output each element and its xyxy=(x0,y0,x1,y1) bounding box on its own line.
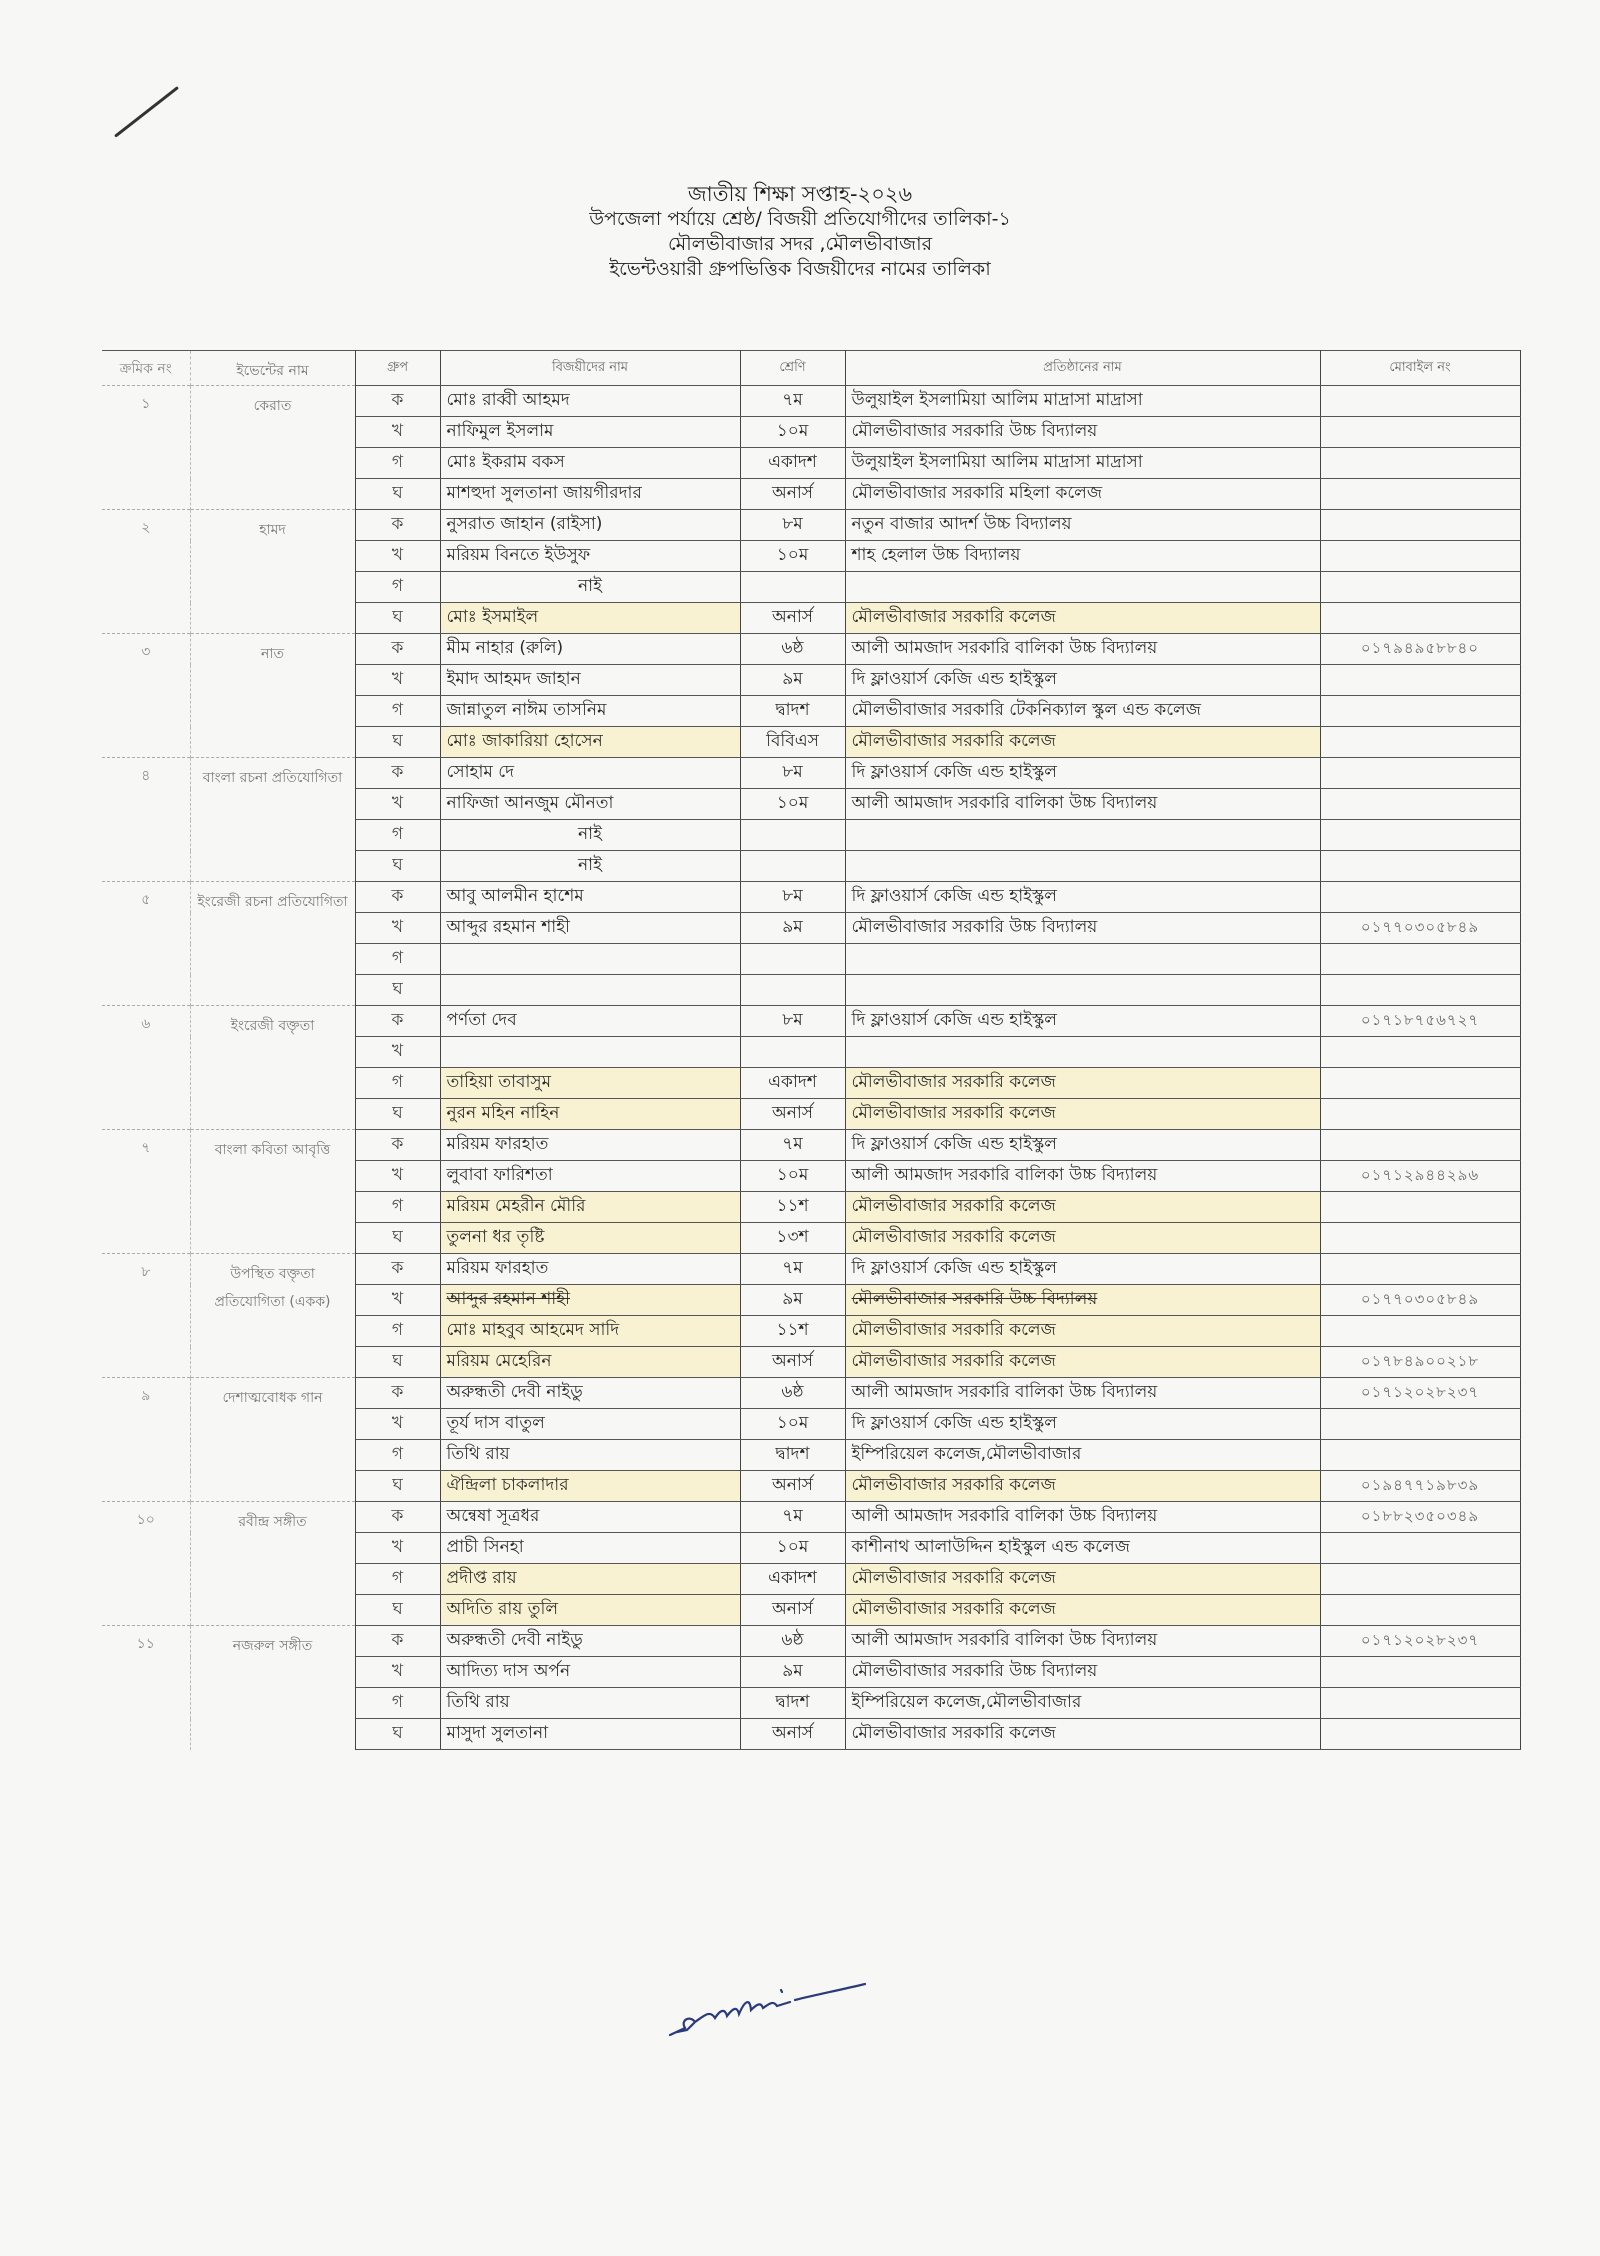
table-row: ১১নজরুল সঙ্গীতকঅরুন্ধতী দেবী নাইডু৬ষ্ঠআল… xyxy=(102,1626,1520,1657)
class-cell: একাদশ xyxy=(740,1564,845,1595)
institution-name: দি ফ্লাওয়ার্স কেজি এন্ড হাইস্কুল xyxy=(845,1130,1320,1161)
group-cell: খ xyxy=(355,789,440,820)
institution-name: মৌলভীবাজার সরকারি উচ্চ বিদ্যালয় xyxy=(845,417,1320,448)
group-cell: ঘ xyxy=(355,1471,440,1502)
class-cell: অনার্স xyxy=(740,1347,845,1378)
group-cell: গ xyxy=(355,820,440,851)
institution-name: দি ফ্লাওয়ার্স কেজি এন্ড হাইস্কুল xyxy=(845,758,1320,789)
winner-name: অদিতি রায় তুলি xyxy=(440,1595,740,1626)
table-row: ১কেরাতকমোঃ রাব্বী আহমদ৭মউলুয়াইল ইসলামিয… xyxy=(102,386,1520,417)
institution-name: মৌলভীবাজার সরকারি কলেজ xyxy=(845,603,1320,634)
table-row: ৫ইংরেজী রচনা প্রতিযোগিতাকআবু আলমীন হাশেম… xyxy=(102,882,1520,913)
winner-name: মরিয়ম ফারহাত xyxy=(440,1130,740,1161)
institution-name: আলী আমজাদ সরকারি বালিকা উচ্চ বিদ্যালয় xyxy=(845,634,1320,665)
class-cell: ৬ষ্ঠ xyxy=(740,1626,845,1657)
serial-number: ৮ xyxy=(102,1254,190,1378)
mobile-number xyxy=(1320,448,1520,479)
winners-table: ক্রমিক নং ইভেন্টের নাম গ্রুপ বিজয়ীদের ন… xyxy=(102,350,1521,1750)
class-cell: ৭ম xyxy=(740,386,845,417)
institution-name: মৌলভীবাজার সরকারি কলেজ xyxy=(845,1347,1320,1378)
institution-name: দি ফ্লাওয়ার্স কেজি এন্ড হাইস্কুল xyxy=(845,1254,1320,1285)
group-cell: খ xyxy=(355,417,440,448)
winner-name: লুবাবা ফারিশতা xyxy=(440,1161,740,1192)
institution-name: উলুয়াইল ইসলামিয়া আলিম মাদ্রাসা মাদ্রাস… xyxy=(845,386,1320,417)
institution-name: মৌলভীবাজার সরকারি কলেজ xyxy=(845,1471,1320,1502)
mobile-number xyxy=(1320,1254,1520,1285)
serial-number: ৪ xyxy=(102,758,190,882)
institution-name: আলী আমজাদ সরকারি বালিকা উচ্চ বিদ্যালয় xyxy=(845,1378,1320,1409)
serial-number: ৫ xyxy=(102,882,190,1006)
event-name: ইংরেজী বক্তৃতা xyxy=(190,1006,355,1130)
mobile-number xyxy=(1320,603,1520,634)
mobile-number xyxy=(1320,882,1520,913)
mobile-number xyxy=(1320,789,1520,820)
col-header-class: শ্রেণি xyxy=(740,351,845,386)
col-header-group: গ্রুপ xyxy=(355,351,440,386)
group-cell: গ xyxy=(355,696,440,727)
winner-name: মোঃ ইসমাইল xyxy=(440,603,740,634)
group-cell: ঘ xyxy=(355,603,440,634)
table-row: ১০রবীন্দ্র সঙ্গীতকঅন্বেষা সূত্রধর৭মআলী আ… xyxy=(102,1502,1520,1533)
table-row: ৬ইংরেজী বক্তৃতাকপর্ণতা দেব৮মদি ফ্লাওয়ার… xyxy=(102,1006,1520,1037)
institution-name: আলী আমজাদ সরকারি বালিকা উচ্চ বিদ্যালয় xyxy=(845,789,1320,820)
mobile-number xyxy=(1320,1595,1520,1626)
institution-name: মৌলভীবাজার সরকারি মহিলা কলেজ xyxy=(845,479,1320,510)
mobile-number xyxy=(1320,1316,1520,1347)
serial-number: ৩ xyxy=(102,634,190,758)
table-row: ৮উপস্থিত বক্তৃতা প্রতিযোগিতা (একক)কমরিয়… xyxy=(102,1254,1520,1285)
institution-name: দি ফ্লাওয়ার্স কেজি এন্ড হাইস্কুল xyxy=(845,665,1320,696)
institution-name xyxy=(845,975,1320,1006)
class-cell: দ্বাদশ xyxy=(740,1688,845,1719)
signature-icon xyxy=(665,1980,895,2040)
group-cell: ক xyxy=(355,1626,440,1657)
class-cell: অনার্স xyxy=(740,1595,845,1626)
winner-name: অরুন্ধতী দেবী নাইডু xyxy=(440,1626,740,1657)
group-cell: গ xyxy=(355,1068,440,1099)
mobile-number: ০১৭৭০৩০৫৮৪৯ xyxy=(1320,1285,1520,1316)
group-cell: ঘ xyxy=(355,1347,440,1378)
title-line-2: উপজেলা পর্যায়ে শ্রেষ্ঠ/ বিজয়ী প্রতিযোগ… xyxy=(0,207,1600,232)
class-cell: অনার্স xyxy=(740,479,845,510)
class-cell: ১০ম xyxy=(740,417,845,448)
table-row: ৩নাতকমীম নাহার (রুলি)৬ষ্ঠআলী আমজাদ সরকার… xyxy=(102,634,1520,665)
title-line-1: জাতীয় শিক্ষা সপ্তাহ-২০২৬ xyxy=(0,182,1600,207)
institution-name: মৌলভীবাজার সরকারি কলেজ xyxy=(845,1068,1320,1099)
winner-name: অরুন্ধতী দেবী নাইডু xyxy=(440,1378,740,1409)
group-cell: খ xyxy=(355,665,440,696)
class-cell: অনার্স xyxy=(740,603,845,634)
mobile-number xyxy=(1320,727,1520,758)
mobile-number: ০১৮৮২৩৫০৩৪৯ xyxy=(1320,1502,1520,1533)
winner-name: তিথি রায় xyxy=(440,1440,740,1471)
winner-name: মীম নাহার (রুলি) xyxy=(440,634,740,665)
institution-name: মৌলভীবাজার সরকারি কলেজ xyxy=(845,1099,1320,1130)
class-cell: ১১শ xyxy=(740,1192,845,1223)
signature xyxy=(665,1980,895,2040)
class-cell: ১০ম xyxy=(740,1409,845,1440)
mobile-number: ০১৭১২৯৪৪২৯৬ xyxy=(1320,1161,1520,1192)
mobile-number xyxy=(1320,1564,1520,1595)
title-line-3: মৌলভীবাজার সদর ,মৌলভীবাজার xyxy=(0,232,1600,257)
winner-name: ইমাদ আহমদ জাহান xyxy=(440,665,740,696)
winner-name: মোঃ মাহবুব আহমেদ সাদি xyxy=(440,1316,740,1347)
group-cell: ক xyxy=(355,1378,440,1409)
institution-name: ইম্পিরিয়েল কলেজ,মৌলভীবাজার xyxy=(845,1688,1320,1719)
document-header: জাতীয় শিক্ষা সপ্তাহ-২০২৬ উপজেলা পর্যায়… xyxy=(0,182,1600,282)
event-name: ইংরেজী রচনা প্রতিযোগিতা xyxy=(190,882,355,1006)
winner-name: আব্দুর রহমান শাহী xyxy=(440,1285,740,1316)
mobile-number xyxy=(1320,1223,1520,1254)
class-cell: ৬ষ্ঠ xyxy=(740,634,845,665)
group-cell: গ xyxy=(355,1440,440,1471)
institution-name: মৌলভীবাজার সরকারি কলেজ xyxy=(845,1192,1320,1223)
serial-number: ১১ xyxy=(102,1626,190,1750)
group-cell: গ xyxy=(355,572,440,603)
class-cell: অনার্স xyxy=(740,1471,845,1502)
group-cell: ক xyxy=(355,634,440,665)
pen-mark xyxy=(114,86,179,138)
table-row: ২হামদকনুসরাত জাহান (রাইসা)৮মনতুন বাজার আ… xyxy=(102,510,1520,541)
mobile-number xyxy=(1320,944,1520,975)
class-cell: ১১শ xyxy=(740,1316,845,1347)
institution-name: দি ফ্লাওয়ার্স কেজি এন্ড হাইস্কুল xyxy=(845,1006,1320,1037)
institution-name: আলী আমজাদ সরকারি বালিকা উচ্চ বিদ্যালয় xyxy=(845,1626,1320,1657)
group-cell: খ xyxy=(355,1285,440,1316)
institution-name: উলুয়াইল ইসলামিয়া আলিম মাদ্রাসা মাদ্রাস… xyxy=(845,448,1320,479)
institution-name xyxy=(845,851,1320,882)
group-cell: ক xyxy=(355,510,440,541)
group-cell: ঘ xyxy=(355,1719,440,1750)
mobile-number xyxy=(1320,1099,1520,1130)
winner-name: অন্বেষা সূত্রধর xyxy=(440,1502,740,1533)
winner-name: আবু আলমীন হাশেম xyxy=(440,882,740,913)
winner-name: নাই xyxy=(440,572,740,603)
class-cell xyxy=(740,975,845,1006)
winner-name: নাফিমুল ইসলাম xyxy=(440,417,740,448)
col-header-mobile: মোবাইল নং xyxy=(1320,351,1520,386)
institution-name: দি ফ্লাওয়ার্স কেজি এন্ড হাইস্কুল xyxy=(845,1409,1320,1440)
winner-name: আব্দুর রহমান শাহী xyxy=(440,913,740,944)
col-header-institution: প্রতিষ্ঠানের নাম xyxy=(845,351,1320,386)
institution-name: মৌলভীবাজার সরকারি টেকনিক্যাল স্কুল এন্ড … xyxy=(845,696,1320,727)
winner-name: প্রাচী সিনহা xyxy=(440,1533,740,1564)
class-cell xyxy=(740,572,845,603)
mobile-number xyxy=(1320,541,1520,572)
class-cell: ১৩শ xyxy=(740,1223,845,1254)
group-cell: ঘ xyxy=(355,975,440,1006)
mobile-number xyxy=(1320,1037,1520,1068)
group-cell: খ xyxy=(355,1037,440,1068)
group-cell: ক xyxy=(355,1006,440,1037)
group-cell: গ xyxy=(355,1316,440,1347)
winner-name: মরিয়ম মেহেরিন xyxy=(440,1347,740,1378)
mobile-number xyxy=(1320,665,1520,696)
mobile-number xyxy=(1320,1533,1520,1564)
mobile-number xyxy=(1320,1719,1520,1750)
class-cell: ৭ম xyxy=(740,1254,845,1285)
serial-number: ২ xyxy=(102,510,190,634)
event-name: কেরাত xyxy=(190,386,355,510)
group-cell: ক xyxy=(355,1254,440,1285)
class-cell: অনার্স xyxy=(740,1719,845,1750)
group-cell: খ xyxy=(355,913,440,944)
institution-name: ইম্পিরিয়েল কলেজ,মৌলভীবাজার xyxy=(845,1440,1320,1471)
winner-name: পর্ণতা দেব xyxy=(440,1006,740,1037)
event-name: নাত xyxy=(190,634,355,758)
mobile-number xyxy=(1320,820,1520,851)
institution-name: মৌলভীবাজার সরকারি কলেজ xyxy=(845,1595,1320,1626)
serial-number: ১০ xyxy=(102,1502,190,1626)
group-cell: ঘ xyxy=(355,479,440,510)
winner-name: সোহাম দে xyxy=(440,758,740,789)
group-cell: ক xyxy=(355,1130,440,1161)
winner-name: আদিত্য দাস অর্পন xyxy=(440,1657,740,1688)
mobile-number xyxy=(1320,975,1520,1006)
class-cell: ৮ম xyxy=(740,1006,845,1037)
mobile-number xyxy=(1320,386,1520,417)
institution-name: দি ফ্লাওয়ার্স কেজি এন্ড হাইস্কুল xyxy=(845,882,1320,913)
group-cell: খ xyxy=(355,1409,440,1440)
group-cell: ঘ xyxy=(355,727,440,758)
winner-name xyxy=(440,944,740,975)
group-cell: গ xyxy=(355,944,440,975)
mobile-number xyxy=(1320,696,1520,727)
winner-name: ঐন্দ্রিলা চাকলাদার xyxy=(440,1471,740,1502)
winner-name: প্রদীপ্ত রায় xyxy=(440,1564,740,1595)
class-cell xyxy=(740,944,845,975)
table-row: ৭বাংলা কবিতা আবৃত্তিকমরিয়ম ফারহাত৭মদি ফ… xyxy=(102,1130,1520,1161)
winner-name: মাশহুদা সুলতানা জায়গীরদার xyxy=(440,479,740,510)
class-cell xyxy=(740,851,845,882)
group-cell: খ xyxy=(355,541,440,572)
class-cell: বিবিএস xyxy=(740,727,845,758)
serial-number: ১ xyxy=(102,386,190,510)
mobile-number: ০১৯৪৭৭১৯৮৩৯ xyxy=(1320,1471,1520,1502)
class-cell: ৭ম xyxy=(740,1502,845,1533)
winner-name: মরিয়ম মেহরীন মৌরি xyxy=(440,1192,740,1223)
institution-name: মৌলভীবাজার সরকারি উচ্চ বিদ্যালয় xyxy=(845,1285,1320,1316)
mobile-number xyxy=(1320,1068,1520,1099)
winner-name: মরিয়ম ফারহাত xyxy=(440,1254,740,1285)
group-cell: ঘ xyxy=(355,851,440,882)
group-cell: খ xyxy=(355,1657,440,1688)
mobile-number xyxy=(1320,758,1520,789)
institution-name: কাশীনাথ আলাউদ্দিন হাইস্কুল এন্ড কলেজ xyxy=(845,1533,1320,1564)
table-row: ৯দেশাত্মবোধক গানকঅরুন্ধতী দেবী নাইডু৬ষ্ঠ… xyxy=(102,1378,1520,1409)
winner-name: জান্নাতুল নাঈম তাসনিম xyxy=(440,696,740,727)
group-cell: গ xyxy=(355,448,440,479)
winner-name: নুসরাত জাহান (রাইসা) xyxy=(440,510,740,541)
class-cell: ১০ম xyxy=(740,1161,845,1192)
institution-name: শাহ হেলাল উচ্চ বিদ্যালয় xyxy=(845,541,1320,572)
group-cell: ক xyxy=(355,1502,440,1533)
group-cell: ক xyxy=(355,882,440,913)
group-cell: ক xyxy=(355,386,440,417)
winner-name: নাই xyxy=(440,851,740,882)
class-cell: ৭ম xyxy=(740,1130,845,1161)
class-cell: ৮ম xyxy=(740,510,845,541)
mobile-number: ০১৭১২০২৮২৩৭ xyxy=(1320,1626,1520,1657)
mobile-number xyxy=(1320,1192,1520,1223)
class-cell: দ্বাদশ xyxy=(740,696,845,727)
mobile-number xyxy=(1320,1688,1520,1719)
mobile-number xyxy=(1320,851,1520,882)
table-body: ১কেরাতকমোঃ রাব্বী আহমদ৭মউলুয়াইল ইসলামিয… xyxy=(102,386,1520,1750)
winner-name: মোঃ ইকরাম বকস xyxy=(440,448,740,479)
winner-name: মোঃ রাব্বী আহমদ xyxy=(440,386,740,417)
class-cell: ১০ম xyxy=(740,541,845,572)
institution-name xyxy=(845,572,1320,603)
mobile-number xyxy=(1320,479,1520,510)
winner-name: মাসুদা সুলতানা xyxy=(440,1719,740,1750)
mobile-number xyxy=(1320,510,1520,541)
group-cell: ক xyxy=(355,758,440,789)
mobile-number: ০১৭৮৪৯০০২১৮ xyxy=(1320,1347,1520,1378)
class-cell: ৮ম xyxy=(740,758,845,789)
institution-name xyxy=(845,944,1320,975)
event-name: বাংলা কবিতা আবৃত্তি xyxy=(190,1130,355,1254)
class-cell: একাদশ xyxy=(740,1068,845,1099)
event-name: দেশাত্মবোধক গান xyxy=(190,1378,355,1502)
event-name: নজরুল সঙ্গীত xyxy=(190,1626,355,1750)
winner-name: তিথি রায় xyxy=(440,1688,740,1719)
institution-name: আলী আমজাদ সরকারি বালিকা উচ্চ বিদ্যালয় xyxy=(845,1161,1320,1192)
group-cell: ঘ xyxy=(355,1223,440,1254)
institution-name: মৌলভীবাজার সরকারি কলেজ xyxy=(845,727,1320,758)
winner-name: নাফিজা আনজুম মৌনতা xyxy=(440,789,740,820)
mobile-number: ০১৭১৮৭৫৬৭২৭ xyxy=(1320,1006,1520,1037)
class-cell: ৯ম xyxy=(740,1657,845,1688)
group-cell: গ xyxy=(355,1192,440,1223)
winner-name: নুরন মহিন নাহিন xyxy=(440,1099,740,1130)
winner-name xyxy=(440,975,740,1006)
group-cell: গ xyxy=(355,1688,440,1719)
institution-name xyxy=(845,820,1320,851)
mobile-number xyxy=(1320,1409,1520,1440)
group-cell: ঘ xyxy=(355,1595,440,1626)
event-name: হামদ xyxy=(190,510,355,634)
class-cell: একাদশ xyxy=(740,448,845,479)
group-cell: খ xyxy=(355,1533,440,1564)
institution-name: মৌলভীবাজার সরকারি কলেজ xyxy=(845,1316,1320,1347)
mobile-number: ০১৭৭০৩০৫৮৪৯ xyxy=(1320,913,1520,944)
mobile-number xyxy=(1320,1657,1520,1688)
class-cell: ৯ম xyxy=(740,913,845,944)
class-cell: ৯ম xyxy=(740,665,845,696)
class-cell: অনার্স xyxy=(740,1099,845,1130)
title-line-4: ইভেন্টওয়ারী গ্রুপভিত্তিক বিজয়ীদের নামে… xyxy=(0,257,1600,282)
winner-name: তুলনা ধর তৃষ্টি xyxy=(440,1223,740,1254)
mobile-number: ০১৭১২০২৮২৩৭ xyxy=(1320,1378,1520,1409)
class-cell: দ্বাদশ xyxy=(740,1440,845,1471)
event-name: উপস্থিত বক্তৃতা প্রতিযোগিতা (একক) xyxy=(190,1254,355,1378)
institution-name: মৌলভীবাজার সরকারি কলেজ xyxy=(845,1223,1320,1254)
winner-name: মোঃ জাকারিয়া হোসেন xyxy=(440,727,740,758)
institution-name: মৌলভীবাজার সরকারি কলেজ xyxy=(845,1564,1320,1595)
institution-name: মৌলভীবাজার সরকারি উচ্চ বিদ্যালয় xyxy=(845,1657,1320,1688)
class-cell: ৯ম xyxy=(740,1285,845,1316)
winner-name xyxy=(440,1037,740,1068)
group-cell: গ xyxy=(355,1564,440,1595)
mobile-number xyxy=(1320,1440,1520,1471)
col-header-name: বিজয়ীদের নাম xyxy=(440,351,740,386)
mobile-number xyxy=(1320,1130,1520,1161)
serial-number: ৯ xyxy=(102,1378,190,1502)
class-cell: ১০ম xyxy=(740,789,845,820)
institution-name xyxy=(845,1037,1320,1068)
event-name: বাংলা রচনা প্রতিযোগিতা xyxy=(190,758,355,882)
group-cell: ঘ xyxy=(355,1099,440,1130)
serial-number: ৭ xyxy=(102,1130,190,1254)
mobile-number xyxy=(1320,417,1520,448)
class-cell: ৬ষ্ঠ xyxy=(740,1378,845,1409)
institution-name: নতুন বাজার আদর্শ উচ্চ বিদ্যালয় xyxy=(845,510,1320,541)
institution-name: আলী আমজাদ সরকারি বালিকা উচ্চ বিদ্যালয় xyxy=(845,1502,1320,1533)
table-header-row: ক্রমিক নং ইভেন্টের নাম গ্রুপ বিজয়ীদের ন… xyxy=(102,351,1520,386)
winner-name: নাই xyxy=(440,820,740,851)
class-cell: ৮ম xyxy=(740,882,845,913)
class-cell xyxy=(740,1037,845,1068)
col-header-serial: ক্রমিক নং xyxy=(102,351,190,386)
table-row: ৪বাংলা রচনা প্রতিযোগিতাকসোহাম দে৮মদি ফ্ল… xyxy=(102,758,1520,789)
mobile-number: ০১৭৯৪৯৫৮৮৪০ xyxy=(1320,634,1520,665)
institution-name: মৌলভীবাজার সরকারি কলেজ xyxy=(845,1719,1320,1750)
institution-name: মৌলভীবাজার সরকারি উচ্চ বিদ্যালয় xyxy=(845,913,1320,944)
event-name: রবীন্দ্র সঙ্গীত xyxy=(190,1502,355,1626)
col-header-event: ইভেন্টের নাম xyxy=(190,351,355,386)
winner-name: তূর্য দাস বাতুল xyxy=(440,1409,740,1440)
group-cell: খ xyxy=(355,1161,440,1192)
serial-number: ৬ xyxy=(102,1006,190,1130)
mobile-number xyxy=(1320,572,1520,603)
class-cell xyxy=(740,820,845,851)
class-cell: ১০ম xyxy=(740,1533,845,1564)
winner-name: মরিয়ম বিনতে ইউসুফ xyxy=(440,541,740,572)
winner-name: তাহিয়া তাবাসুম xyxy=(440,1068,740,1099)
